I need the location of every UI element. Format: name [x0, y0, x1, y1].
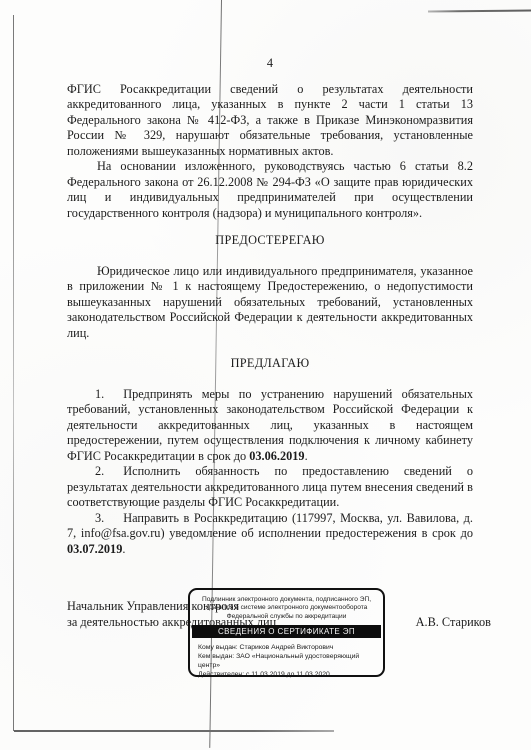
- stamp-header-text: Подлинник электронного документа, подпис…: [190, 596, 383, 621]
- scan-left-edge-line: [13, 15, 14, 731]
- item-1-number: 1.: [95, 387, 104, 401]
- signer-name: А.В. Стариков: [416, 615, 491, 631]
- paragraph-intro-continuation: ФГИС Росаккредитации сведений о результа…: [67, 82, 473, 160]
- paragraph-warning-subject: Юридическое лицо или индивидуального пре…: [67, 264, 473, 342]
- item-2-number: 2.: [95, 464, 104, 478]
- heading-predlagayu: ПРЕДЛАГАЮ: [67, 356, 473, 372]
- stamp-validity: Действителен: с 11.03.2019 до 11.03.2020: [198, 670, 383, 679]
- stamp-issued-to: Кому выдан: Стариков Андрей Викторович: [198, 643, 383, 652]
- stamp-header-line2: хранится в системе электронного документ…: [190, 604, 383, 612]
- item-1-deadline-date: 03.06.2019: [249, 449, 304, 463]
- item-3-number: 3.: [95, 511, 104, 525]
- item-3-text-end: .: [122, 542, 125, 556]
- stamp-header-line3: Федеральной службы по аккредитации: [190, 613, 383, 621]
- stamp-certificate-title-bar: СВЕДЕНИЯ О СЕРТИФИКАТЕ ЭП: [192, 625, 381, 638]
- list-item-3: 3.Направить в Росаккредитацию (117997, М…: [67, 511, 473, 558]
- heading-predosteregayu: ПРЕДОСТЕРЕГАЮ: [67, 233, 473, 249]
- e-signature-stamp: Подлинник электронного документа, подпис…: [188, 588, 385, 677]
- list-item-1: 1.Предпринять меры по устранению нарушен…: [67, 387, 473, 465]
- item-3-text: Направить в Росаккредитацию (117997, Мос…: [67, 511, 473, 541]
- page-number: 4: [67, 56, 473, 72]
- stamp-certificate-fields: Кому выдан: Стариков Андрей Викторович К…: [198, 643, 383, 679]
- document-body: 4 ФГИС Росаккредитации сведений о резуль…: [67, 0, 473, 630]
- stamp-issued-by: Кем выдан: ЗАО «Национальный удостоверяю…: [198, 652, 383, 670]
- scanned-document-page: 4 ФГИС Росаккредитации сведений о резуль…: [0, 0, 531, 750]
- item-2-text: Исполнить обязанность по предоставлению …: [67, 464, 473, 509]
- item-1-text-end: .: [305, 449, 308, 463]
- item-3-deadline-date: 03.07.2019: [67, 542, 122, 556]
- paragraph-legal-basis: На основании изложенного, руководствуясь…: [67, 159, 473, 221]
- scan-bottom-edge-line: [14, 730, 334, 732]
- list-item-2: 2.Исполнить обязанность по предоставлени…: [67, 464, 473, 511]
